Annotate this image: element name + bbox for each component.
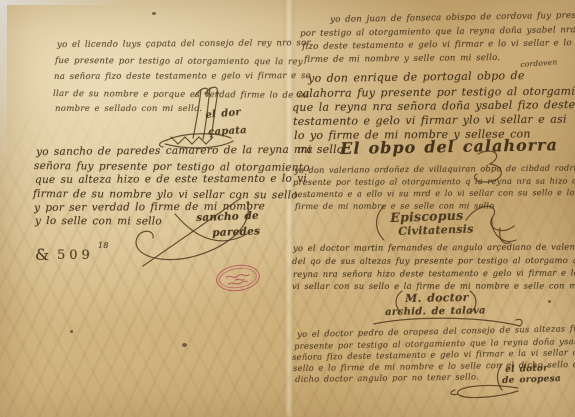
catalog-number: 509	[57, 248, 94, 263]
left-p1-line: nombre e sellado con mi sello.	[55, 104, 202, 114]
right-p3-line: testamento e a ello vi su mrd e lo vi se…	[294, 187, 575, 199]
right-p5-line: dicho doctor angulo por no tener sello.	[295, 371, 479, 384]
left-p1-line: fue presente por testigo al otorgamiento…	[55, 56, 303, 67]
right-p2-line: yo don enrique de portogal obpo de	[308, 69, 525, 85]
left-p2-line: que su alteza hizo e de este testamento …	[35, 173, 307, 186]
photo-backing-edge-top	[0, 0, 130, 5]
left-p2-line: firmar de su nombre ylo vi sellar con su…	[33, 188, 298, 201]
signature-obispo-calahorra: El obpo del calahorra	[340, 135, 558, 158]
left-p1-line: na señora fizo deste testamento e gelo v…	[54, 71, 311, 82]
right-p3-line: presente por testigo al otorgamiento q l…	[293, 175, 575, 187]
right-p2-line: que la reyna nra señora doña ysabel fizo…	[292, 98, 575, 114]
signature-zapata: el dor	[205, 107, 241, 121]
left-p2-line: yo sancho de paredes camarero de la reyn…	[36, 144, 313, 158]
right-p2-line: mi sello	[297, 143, 344, 156]
signature-episcopus: Civitatensis	[398, 222, 474, 238]
ink-speck	[70, 330, 73, 333]
right-p1-side-note: cordoven	[520, 57, 558, 69]
left-p2-line: y lo selle con mi sello	[35, 215, 162, 227]
left-p1-line: yo el licendo luys çapata del consejo de…	[57, 38, 311, 50]
signature-archid-talavera: archid. de talava	[385, 305, 486, 318]
ink-speck	[548, 300, 551, 303]
right-p4-line: vi sellar con su sello e la firme de mi …	[292, 280, 575, 291]
right-p4-line: reyna nra señora hizo deste testamento e…	[293, 268, 575, 279]
right-p3-line: yo don valeriano ordoñez de villaquiran …	[294, 162, 575, 175]
catalog-superscript: 18	[98, 241, 109, 250]
right-p4-line: yo el doctor martin fernandes de angulo …	[293, 241, 575, 253]
right-p1-line: fizo deste testamento e gelo vi firmar e…	[302, 38, 572, 52]
signature-m-doctor: M. doctor	[405, 291, 469, 305]
signature-paredes: paredes	[212, 225, 260, 239]
signature-paredes: sancho de	[196, 210, 259, 224]
right-p2-line: testamento e gelo vi firmar ylo vi sella…	[293, 113, 567, 128]
right-p4-line: del qo de sus altezas fuy presente por t…	[292, 255, 575, 266]
right-p1-line: yo don juan de fonseca obispo de cordova…	[330, 10, 575, 25]
signature-zapata: çapata	[208, 125, 247, 138]
ink-speck	[152, 12, 156, 15]
right-p1-line: por testigo al otorgamiento que la reyna…	[300, 25, 575, 39]
oval-library-stamp	[214, 262, 261, 294]
stamp-illegible-text	[220, 267, 258, 290]
manuscript-photo: yo el licendo luys çapata del consejo de…	[0, 0, 575, 417]
right-p1-line: firme de mi nombre y selle con mi sello.	[304, 53, 500, 65]
signature-oropesa: de oropesa	[502, 374, 561, 386]
ink-speck	[182, 343, 187, 347]
left-p1-line: llar de su nombre e porque es verdad fir…	[53, 89, 310, 101]
photo-backing-edge-left	[0, 0, 7, 170]
catalog-ampersand: &	[35, 245, 49, 264]
signature-oropesa: el dotor	[505, 363, 548, 374]
